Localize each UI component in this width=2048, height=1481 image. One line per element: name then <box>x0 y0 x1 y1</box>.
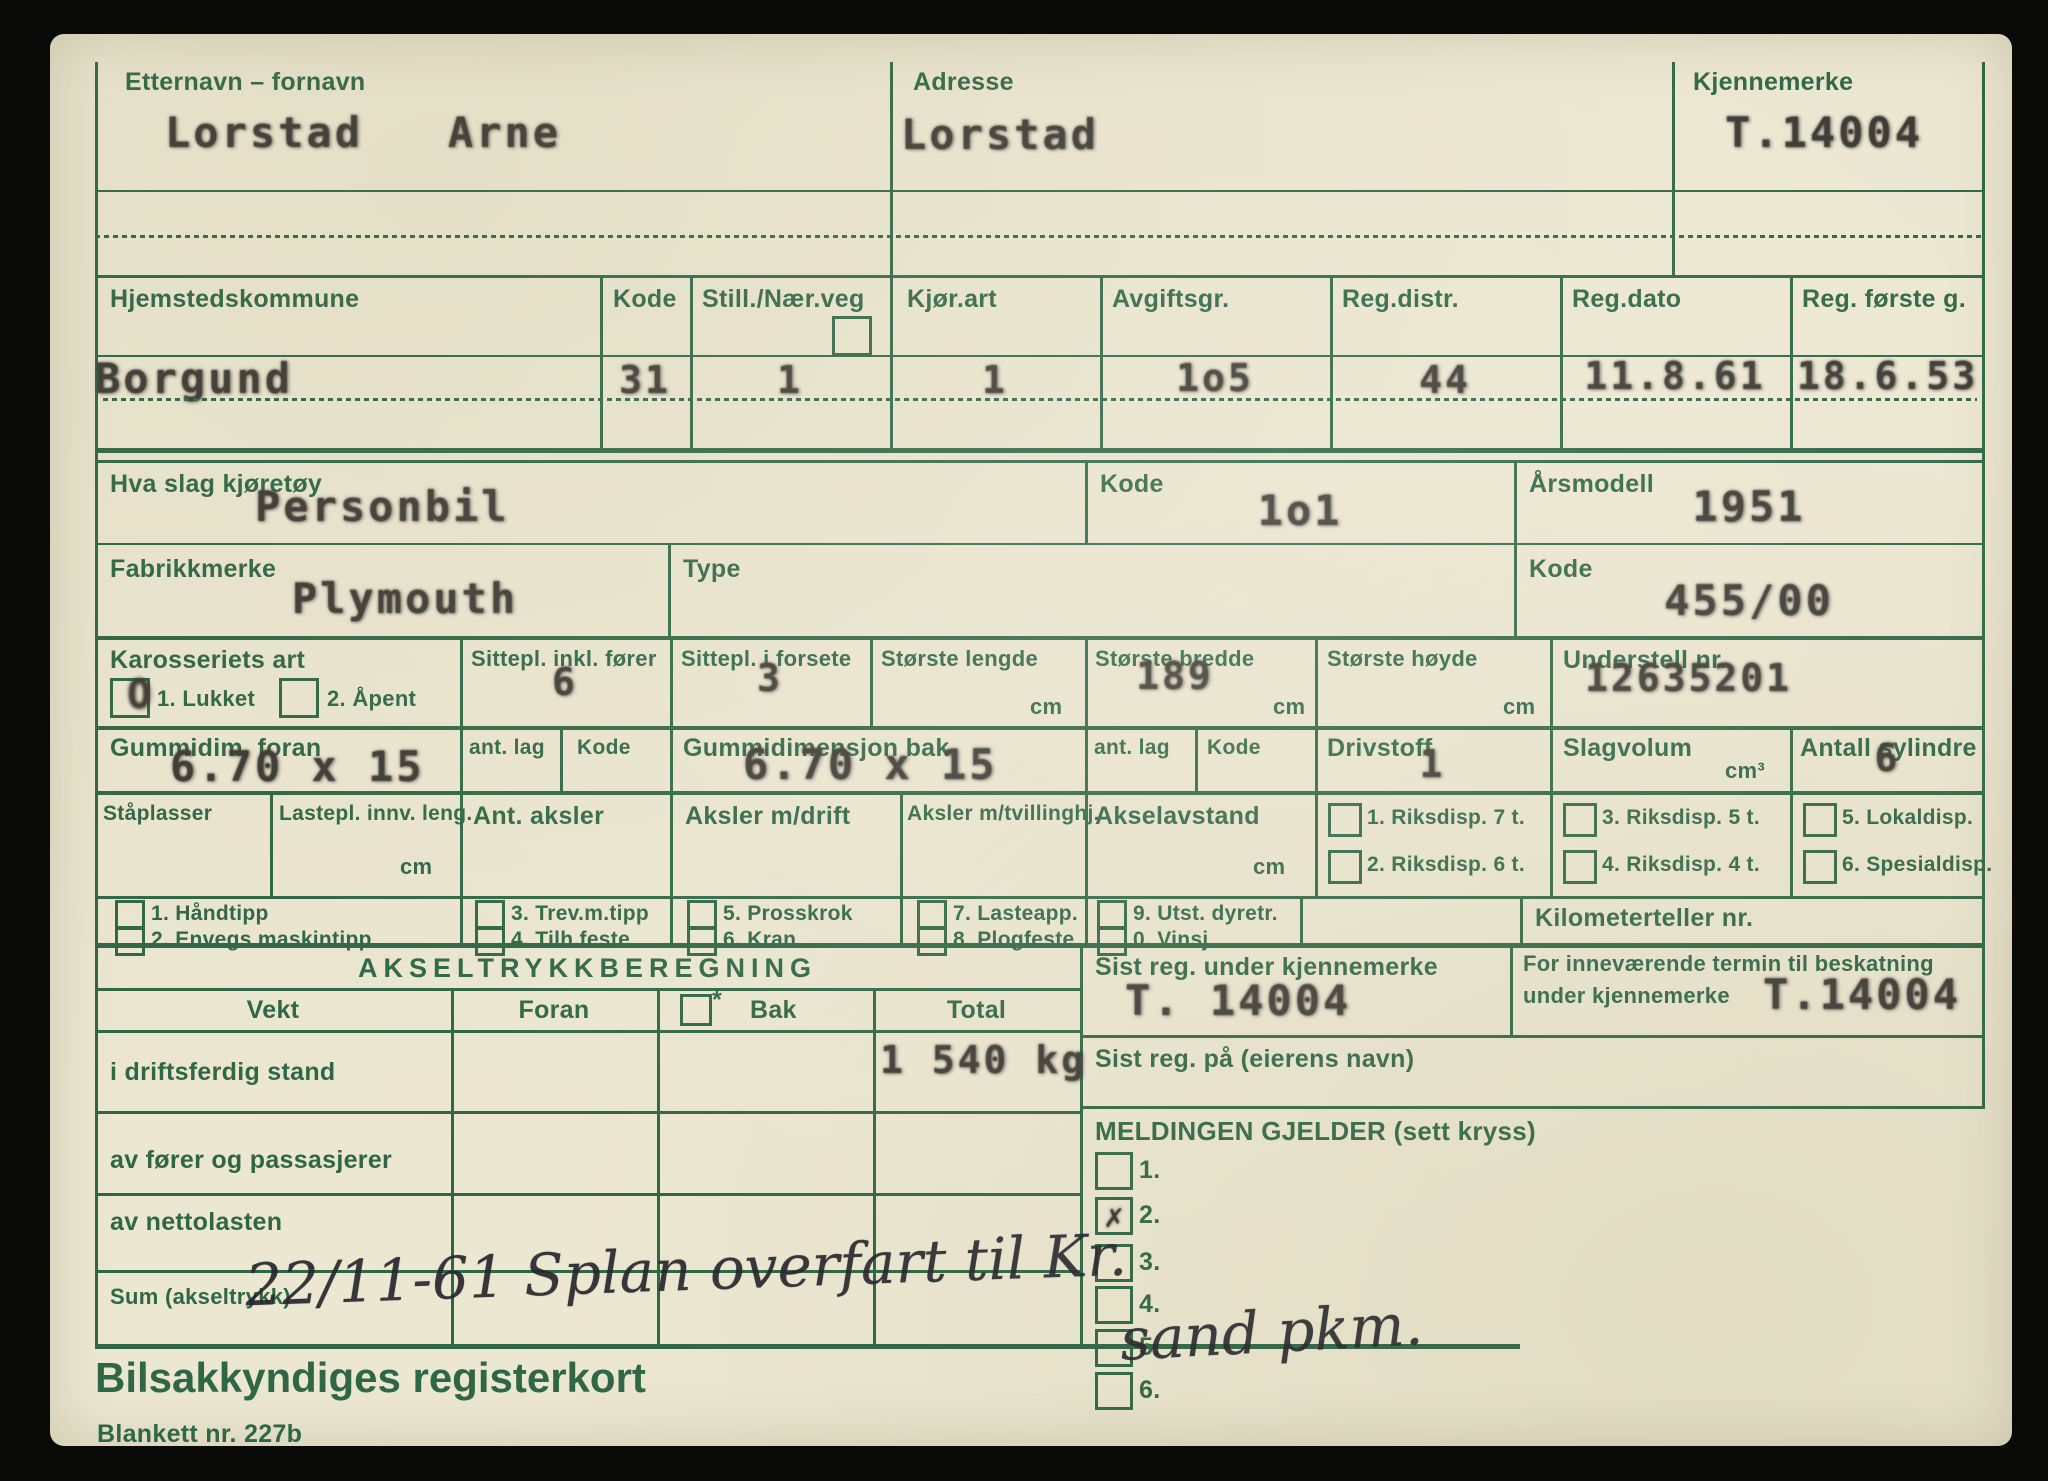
register-card-paper: Etternavn – fornavn Lorstad Arne Adresse… <box>50 34 2012 1446</box>
meldingen-heading: MELDINGEN GJELDER (sett kryss) <box>1095 1116 1536 1147</box>
section-border <box>95 460 1985 463</box>
reg-distr-label: Reg.distr. <box>1342 285 1459 314</box>
still-veg-label: Still./Nær.veg <box>702 285 865 314</box>
divider <box>670 730 673 791</box>
meldingen-item-2-label: 2. <box>1139 1201 1160 1230</box>
hva-slag-value: Personbil <box>255 482 510 531</box>
divider <box>460 730 463 791</box>
divider <box>670 795 673 896</box>
apent-checkbox <box>279 678 319 718</box>
riksdisp-4t-label: 4. Riksdisp. 4 t. <box>1602 853 1760 877</box>
divider <box>1195 730 1198 791</box>
understell-value: 12635201 <box>1585 656 1792 700</box>
divider <box>95 988 1080 991</box>
lukket-checkbox-mark: O <box>127 672 154 718</box>
divider <box>460 899 463 943</box>
lengde-label: Største lengde <box>881 646 1038 672</box>
section-border <box>95 943 1985 948</box>
dotted-line <box>95 235 1985 238</box>
divider <box>1085 730 1088 791</box>
driftsferdig-total-value: 1 540 kg <box>880 1038 1087 1082</box>
avgiftsgr-value: 1o5 <box>1100 356 1330 400</box>
gummidim-bak-value: 6.70 x 15 <box>743 740 998 789</box>
dotted-line <box>103 398 1977 401</box>
kran-label: 6. Kran <box>723 928 796 952</box>
adresse-label: Adresse <box>913 68 1014 97</box>
aksler-drift-label: Aksler m/drift <box>685 802 850 831</box>
handwritten-note-line1: 22/11-61 Splan overfart til Kr. <box>244 1221 1128 1320</box>
spesialdisp-checkbox <box>1803 850 1837 884</box>
scanned-register-card-page: { "card": { "units": { "cm": "cm", "cm3"… <box>0 0 2048 1481</box>
kjennemerke-value: T.14004 <box>1725 108 1923 157</box>
divider <box>1085 899 1088 943</box>
utst-dyretr-label: 9. Utst. dyretr. <box>1133 902 1278 926</box>
hoyde-unit: cm <box>1503 694 1535 720</box>
divider <box>1315 640 1318 726</box>
meldingen-item-3-label: 3. <box>1139 1248 1160 1277</box>
hjemstedskommune-value: Borgund <box>95 354 600 403</box>
blankett-number: Blankett nr. 227b <box>97 1420 302 1446</box>
akseltrykk-title: AKSELTRYKKBEREGNING <box>95 953 1080 984</box>
reg-dato-label: Reg.dato <box>1572 285 1681 314</box>
vehicle-kode-value: 1o1 <box>1085 486 1515 535</box>
section-border <box>95 896 1985 899</box>
divider <box>1300 899 1303 943</box>
slagvolum-unit: cm³ <box>1725 758 1765 784</box>
divider <box>95 1111 1080 1114</box>
row-nettolast-label: av nettolasten <box>110 1208 282 1237</box>
still-veg-checkbox <box>832 316 872 356</box>
bak-asterisk-checkbox <box>680 994 712 1026</box>
divider <box>870 640 873 726</box>
bredde-value: 189 <box>1095 654 1255 698</box>
envegs-label: 2. Envegs maskintipp <box>151 928 372 952</box>
meldingen-item-1-label: 1. <box>1139 1156 1160 1185</box>
reg-forste-value: 18.6.53 <box>1790 354 1985 398</box>
lengde-unit: cm <box>1030 694 1062 720</box>
divider <box>668 543 671 638</box>
divider <box>270 795 273 896</box>
bak-asterisk: * <box>712 986 722 1015</box>
karosseri-label: Karosseriets art <box>110 646 305 675</box>
kjor-art-value: 1 <box>890 358 1100 402</box>
arsmodell-value: 1951 <box>1514 482 1984 531</box>
kran-checkbox <box>687 926 717 956</box>
vinsj-label: 0. Vinsj <box>1133 928 1209 952</box>
divider <box>1080 1106 1985 1109</box>
adresse-value: Lorstad <box>901 110 1099 159</box>
hoyde-label: Største høyde <box>1327 646 1478 672</box>
aksler-tvilling-label: Aksler m/tvillinghj. <box>907 802 1100 826</box>
type-label: Type <box>683 555 741 584</box>
etternavn-label: Etternavn – fornavn <box>125 68 365 97</box>
form-left-border <box>95 62 98 1346</box>
termin-label-line2: under kjennemerke <box>1523 983 1730 1009</box>
riksdisp-7t-checkbox <box>1328 803 1362 837</box>
kjennemerke-label: Kjennemerke <box>1693 68 1853 97</box>
row-driftsferdig-label: i driftsferdig stand <box>110 1058 335 1087</box>
staplasser-label: Ståplasser <box>103 802 212 826</box>
row-forer-label: av fører og passasjerer <box>110 1146 392 1175</box>
reg-distr-value: 44 <box>1330 358 1560 402</box>
gummidim-foran-value: 6.70 x 15 <box>170 742 425 791</box>
kode-value: 31 <box>600 358 690 402</box>
plogfeste-label: 8. Plogfeste <box>953 928 1074 952</box>
bredde-unit: cm <box>1273 694 1305 720</box>
divider <box>560 730 563 791</box>
col-foran-label: Foran <box>451 996 657 1025</box>
divider <box>1510 948 1513 1035</box>
divider <box>670 899 673 943</box>
meldingen-item-6-label: 6. <box>1139 1376 1160 1405</box>
akselavstand-unit: cm <box>1253 854 1285 880</box>
col-vekt-label: Vekt <box>95 996 451 1025</box>
section-border <box>95 275 1985 278</box>
handwritten-note-line2: sand pkm. <box>1118 1290 1424 1374</box>
riksdisp-7t-label: 1. Riksdisp. 7 t. <box>1367 806 1525 830</box>
sittepl-forsete-value: 3 <box>670 656 870 700</box>
divider <box>95 1193 1080 1196</box>
divider <box>890 62 893 275</box>
kode-label: Kode <box>577 736 631 760</box>
riksdisp-6t-checkbox <box>1328 850 1362 884</box>
kilometerteller-label: Kilometerteller nr. <box>1535 904 1753 933</box>
ant-lag-label: ant. lag <box>469 736 545 760</box>
prosskrok-label: 5. Prosskrok <box>723 902 853 926</box>
writing-line <box>95 190 1985 192</box>
divider <box>900 899 903 943</box>
divider <box>1550 640 1553 726</box>
divider <box>1672 62 1675 275</box>
sittepl-forer-value: 6 <box>460 660 670 704</box>
lokaldisp-checkbox <box>1803 803 1837 837</box>
akselavstand-label: Akselavstand <box>1095 802 1260 831</box>
still-veg-value: 1 <box>690 358 890 402</box>
riksdisp-4t-checkbox <box>1563 850 1597 884</box>
divider <box>95 1030 1080 1033</box>
trev-label: 3. Trev.m.tipp <box>511 902 649 926</box>
lasteapp-label: 7. Lasteapp. <box>953 902 1078 926</box>
sist-reg-value: T. 14004 <box>1125 976 1351 1025</box>
lokaldisp-label: 5. Lokaldisp. <box>1842 806 1973 830</box>
spesialdisp-label: 6. Spesialdisp. <box>1842 853 1992 877</box>
reg-forste-label: Reg. første g. <box>1802 285 1966 314</box>
sylindre-value: 6 <box>1790 736 1985 780</box>
divider <box>900 795 903 896</box>
fabrikkmerke-value: Plymouth <box>155 574 655 623</box>
divider <box>1520 899 1523 943</box>
col-total-label: Total <box>873 996 1080 1025</box>
kode-label: Kode <box>1207 736 1261 760</box>
ant-lag-label: ant. lag <box>1094 736 1170 760</box>
meldingen-checkbox-1 <box>1095 1152 1133 1190</box>
col-bak-label: Bak <box>750 996 797 1025</box>
divider <box>1550 730 1553 791</box>
divider <box>1315 795 1318 896</box>
tilhfeste-checkbox <box>475 926 505 956</box>
divider <box>1790 795 1793 896</box>
tilhfeste-label: 4. Tilh.feste <box>511 928 630 952</box>
riksdisp-5t-label: 3. Riksdisp. 5 t. <box>1602 806 1760 830</box>
meldingen-checkbox-6 <box>1095 1372 1133 1410</box>
avgiftsgr-label: Avgiftsgr. <box>1112 285 1229 314</box>
envegs-checkbox <box>115 926 145 956</box>
riksdisp-5t-checkbox <box>1563 803 1597 837</box>
divider <box>95 543 1985 545</box>
section-border <box>95 636 1985 640</box>
riksdisp-6t-label: 2. Riksdisp. 6 t. <box>1367 853 1525 877</box>
etternavn-value: Lorstad Arne <box>165 108 561 157</box>
section-border <box>95 791 1985 795</box>
plogfeste-checkbox <box>917 926 947 956</box>
lukket-label: 1. Lukket <box>157 686 255 712</box>
type-kode-value: 455/00 <box>1514 576 1984 625</box>
lastepl-label: Lastepl. innv. leng. <box>279 802 472 826</box>
kjor-art-label: Kjør.art <box>907 285 997 314</box>
section-border <box>95 448 1985 453</box>
reg-dato-value: 11.8.61 <box>1560 354 1790 398</box>
divider <box>1085 640 1088 726</box>
card-title: Bilsakkyndiges registerkort <box>95 1354 646 1402</box>
termin-kjennemerke-value: T.14004 <box>1763 970 1961 1019</box>
apent-label: 2. Åpent <box>327 686 416 712</box>
ant-aksler-label: Ant. aksler <box>473 802 604 831</box>
divider <box>1080 1035 1985 1038</box>
vinsj-checkbox <box>1097 926 1127 956</box>
eier-label: Sist reg. på (eierens navn) <box>1095 1045 1414 1074</box>
drivstoff-value: 1 <box>1315 742 1550 786</box>
hjemstedskommune-label: Hjemstedskommune <box>110 285 359 314</box>
slagvolum-label: Slagvolum <box>1563 734 1692 763</box>
handtipp-label: 1. Håndtipp <box>151 902 269 926</box>
lastepl-unit: cm <box>400 854 432 880</box>
register-card-form: Etternavn – fornavn Lorstad Arne Adresse… <box>95 58 1985 1446</box>
divider <box>1550 795 1553 896</box>
kode-label: Kode <box>613 285 677 314</box>
section-border <box>95 726 1985 730</box>
